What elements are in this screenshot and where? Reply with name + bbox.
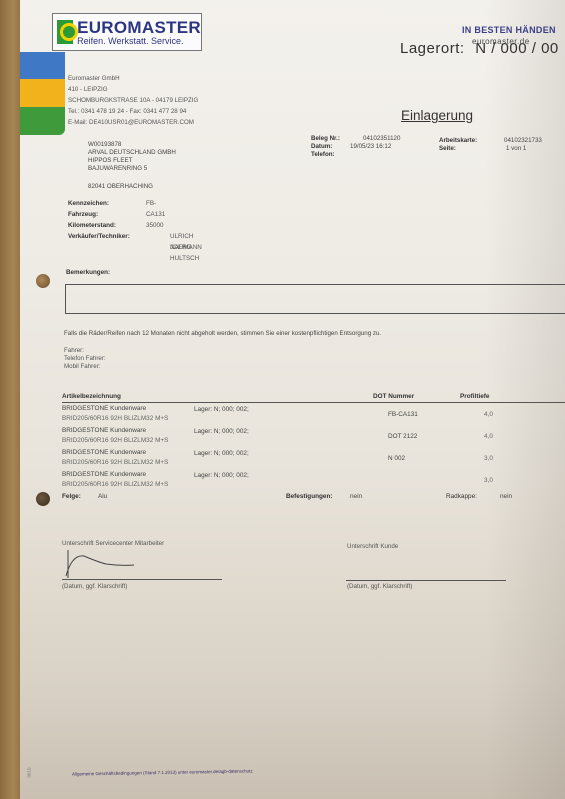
disposal-notice: Falls die Räder/Reifen nach 12 Monaten n… bbox=[64, 330, 381, 337]
lagerort-label: Lagerort: bbox=[400, 40, 465, 57]
customer-city: 82041 OBERHACHING bbox=[88, 183, 176, 191]
article-lager: Lager: N; 000; 002; bbox=[194, 472, 249, 479]
meta-labels-left: Beleg Nr.: Datum: Telefon: bbox=[311, 135, 340, 159]
km-label: Kilometerstand: bbox=[68, 220, 116, 231]
datum-value: 19/05/23 16:12 bbox=[350, 143, 400, 151]
document-title: Einlagerung bbox=[401, 108, 473, 123]
brand-strip-blue bbox=[20, 52, 65, 79]
col-profile: Profiltiefe bbox=[460, 393, 489, 400]
form-code: 0910 bbox=[27, 767, 32, 777]
staff-signature bbox=[62, 548, 142, 580]
table-row: BRIDGESTONE KundenwareBRID205/60R16 92H … bbox=[62, 447, 565, 469]
sender-line: 410 - LEIPZIG bbox=[68, 84, 198, 95]
euromaster-ring-icon bbox=[57, 20, 73, 44]
customer-name: ARVAL DEUTSCHLAND GMBH bbox=[88, 149, 176, 157]
remarks-label: Bemerkungen: bbox=[66, 269, 110, 276]
article-lager: Lager: N; 000; 002; bbox=[194, 428, 249, 435]
table-row: BRIDGESTONE KundenwareBRID205/60R16 92H … bbox=[62, 403, 565, 425]
beleg-value: 04102351120 bbox=[350, 135, 400, 143]
brand-tagline: Reifen. Werkstatt. Service. bbox=[77, 37, 201, 46]
brand-strip-green bbox=[20, 107, 65, 135]
euromaster-logo: EUROMASTER Reifen. Werkstatt. Service. bbox=[52, 13, 202, 51]
felge-label: Felge: bbox=[62, 493, 81, 500]
sender-line: E-Mail: DE410USR01@EUROMASTER.COM bbox=[68, 117, 198, 128]
article-brand: BRIDGESTONE Kundenware bbox=[62, 449, 146, 456]
meta-values-right: 04102321733 1 von 1 bbox=[504, 137, 542, 153]
customer-signature-line bbox=[346, 580, 506, 581]
col-dot: DOT Nummer bbox=[373, 393, 414, 400]
article-brand: BRIDGESTONE Kundenware bbox=[62, 427, 146, 434]
telefon-label: Telefon: bbox=[311, 151, 335, 158]
telefon-fahrer-label: Telefon Fahrer: bbox=[64, 355, 106, 363]
article-profile: 4,0 bbox=[484, 433, 493, 440]
lagerort: Lagerort: N / 000 / 00 euromaster.de bbox=[400, 40, 559, 57]
customer-street: BAJUWARENRING 5 bbox=[88, 165, 176, 173]
radkappe-value: nein bbox=[500, 493, 512, 500]
beleg-label: Beleg Nr.: bbox=[311, 135, 340, 142]
fahrzeug-label: Fahrzeug: bbox=[68, 209, 98, 220]
km-value: 35000 bbox=[146, 220, 164, 231]
article-table: Artikelbezeichnung DOT Nummer Profiltief… bbox=[62, 392, 565, 503]
arbeitskarte-label: Arbeitskarte: bbox=[439, 137, 477, 144]
punch-hole bbox=[36, 492, 50, 506]
staff-signature-caption: (Datum, ggf. Klarschrift) bbox=[62, 583, 127, 590]
datum-label: Datum: bbox=[311, 143, 332, 150]
table-row: BRIDGESTONE KundenwareBRID205/60R16 92H … bbox=[62, 469, 565, 491]
remarks-box bbox=[65, 284, 565, 314]
sender-address: Euromaster GmbH 410 - LEIPZIG SCHOMBURGK… bbox=[68, 73, 198, 128]
article-lager: Lager: N; 000; 002; bbox=[194, 450, 249, 457]
article-brand: BRIDGESTONE Kundenware bbox=[62, 405, 146, 412]
brand-name: EUROMASTER bbox=[77, 19, 201, 36]
article-spec: BRID205/60R16 92H BLIZLM32 M+S bbox=[62, 415, 168, 422]
fahrer-label: Fahrer: bbox=[64, 347, 106, 355]
table-footer: Felge: Alu Befestigungen: nein Radkappe:… bbox=[62, 491, 565, 503]
meta-labels-right: Arbeitskarte: Seite: bbox=[439, 137, 477, 153]
kennzeichen-value: FB-CA131 bbox=[146, 198, 165, 220]
tech-label: Verkäufer/Techniker: bbox=[68, 231, 130, 242]
article-profile: 3,0 bbox=[484, 477, 493, 484]
mobil-fahrer-label: Mobil Fahrer: bbox=[64, 363, 106, 371]
radkappe-label: Radkappe: bbox=[446, 493, 477, 500]
table-surface bbox=[0, 0, 22, 799]
customer-signature-caption: (Datum, ggf. Klarschrift) bbox=[347, 583, 412, 590]
article-lager: Lager: N; 000; 002; bbox=[194, 406, 249, 413]
article-dot: N 002 bbox=[388, 455, 405, 462]
customer-id: W00193878 bbox=[88, 141, 176, 149]
meta-values-left: 04102351120 19/05/23 16:12 bbox=[350, 135, 400, 151]
customer-address: W00193878 ARVAL DEUTSCHLAND GMBH HIPPOS … bbox=[88, 141, 176, 191]
brand-slogan: IN BESTEN HÄNDEN bbox=[462, 25, 556, 35]
driver-info: Fahrer: Telefon Fahrer: Mobil Fahrer: bbox=[64, 347, 106, 371]
sender-line: SCHOMBURGKSTRASE 10A - 04179 LEIPZIG bbox=[68, 95, 198, 106]
article-profile: 3,0 bbox=[484, 455, 493, 462]
col-article: Artikelbezeichnung bbox=[62, 393, 121, 400]
article-spec: BRID205/60R16 92H BLIZLM32 M+S bbox=[62, 437, 168, 444]
seite-label: Seite: bbox=[439, 145, 456, 152]
brand-strip-yellow bbox=[20, 79, 65, 107]
befestigungen-value: nein bbox=[350, 493, 362, 500]
article-brand: BRIDGESTONE Kundenware bbox=[62, 471, 146, 478]
article-dot: DOT 2122 bbox=[388, 433, 417, 440]
brand-url: euromaster.de bbox=[472, 37, 530, 46]
article-spec: BRID205/60R16 92H BLIZLM32 M+S bbox=[62, 481, 168, 488]
befestigungen-label: Befestigungen: bbox=[286, 493, 333, 500]
seite-value: 1 von 1 bbox=[504, 145, 542, 153]
article-spec: BRID205/60R16 92H BLIZLM32 M+S bbox=[62, 459, 168, 466]
table-row: BRIDGESTONE KundenwareBRID205/60R16 92H … bbox=[62, 425, 565, 447]
table-header: Artikelbezeichnung DOT Nummer Profiltief… bbox=[62, 392, 565, 403]
staff-signature-label: Unterschrift Servicecenter Mitarbeiter bbox=[62, 540, 164, 547]
technician-2: JOERG HULTSCH bbox=[170, 242, 199, 264]
felge-value: Alu bbox=[98, 493, 107, 500]
customer-dept: HIPPOS FLEET bbox=[88, 157, 176, 165]
sender-line: Tel.: 0341 478 19 24 - Fax: 0341 477 28 … bbox=[68, 106, 198, 117]
article-profile: 4,0 bbox=[484, 411, 493, 418]
kennzeichen-label: Kennzeichen: bbox=[68, 198, 109, 209]
sender-line: Euromaster GmbH bbox=[68, 73, 198, 84]
article-dot: FB-CA131 bbox=[388, 411, 418, 418]
customer-signature-label: Unterschrift Kunde bbox=[347, 543, 398, 550]
punch-hole bbox=[36, 274, 50, 288]
arbeitskarte-value: 04102321733 bbox=[504, 137, 542, 145]
staff-signature-line bbox=[62, 579, 222, 580]
